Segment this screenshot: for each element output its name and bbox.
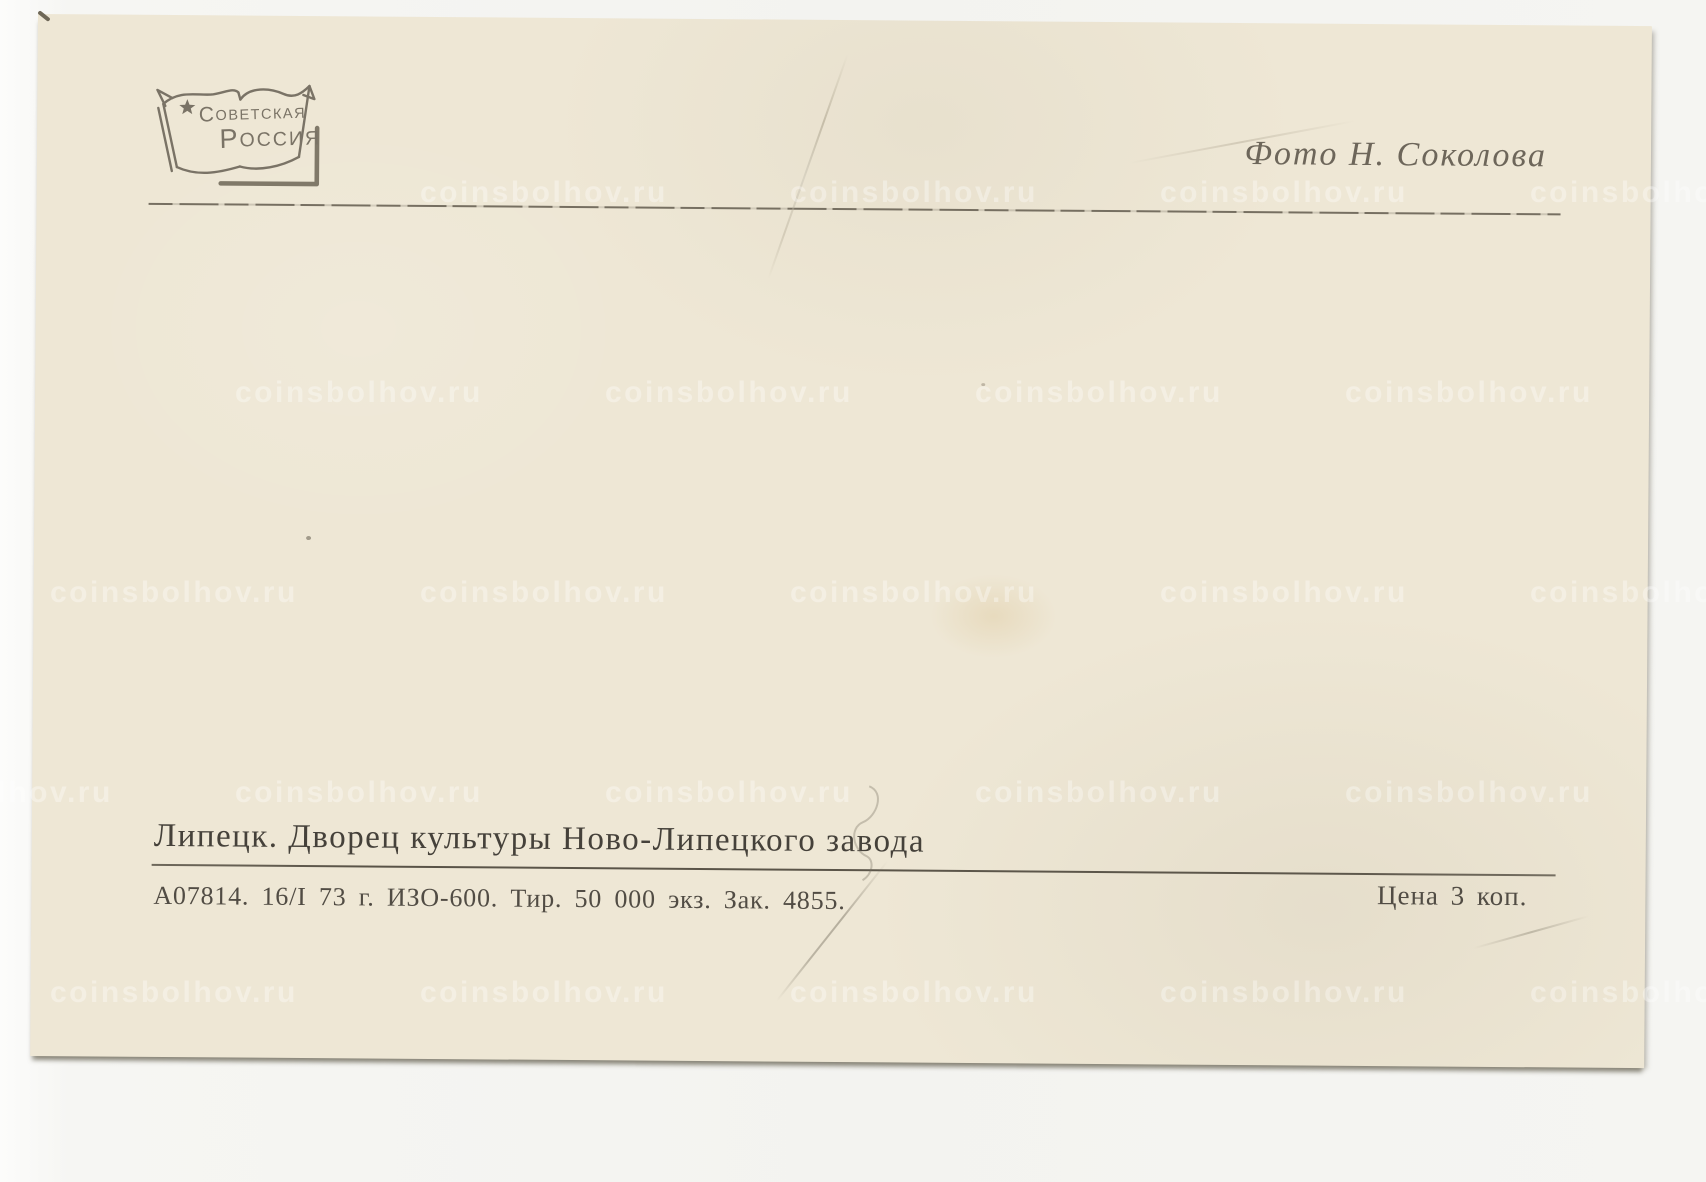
pencil-scratch (776, 861, 888, 1002)
corner-fold-mark (37, 10, 50, 22)
logo-text-line2: РОССИЯ (219, 121, 321, 154)
open-book-logo-drawing: СОВЕТСКАЯ РОССИЯ (149, 75, 338, 200)
photo-credit: Фото Н. Соколова (1244, 135, 1547, 175)
header-rule (149, 203, 1561, 216)
logo-text-line1: СОВЕТСКАЯ (199, 101, 307, 127)
publisher-logo-soviet-russia: СОВЕТСКАЯ РОССИЯ (149, 75, 338, 200)
star-icon (179, 99, 195, 114)
paper-speck (306, 536, 311, 540)
postcard-caption: Липецк. Дворец культуры Ново-Липецкого з… (154, 818, 926, 861)
imprint-rule (152, 864, 1556, 877)
paper-crease (767, 54, 848, 279)
price-label: Цена 3 коп. (1377, 880, 1528, 912)
paper-speck (981, 383, 985, 386)
postcard-back: СОВЕТСКАЯ РОССИЯ Фото Н. Соколова Липецк… (30, 14, 1652, 1068)
print-imprint: А07814. 16/I 73 г. ИЗО-600. Тир. 50 000 … (153, 881, 845, 916)
pencil-scratch (1473, 915, 1589, 949)
